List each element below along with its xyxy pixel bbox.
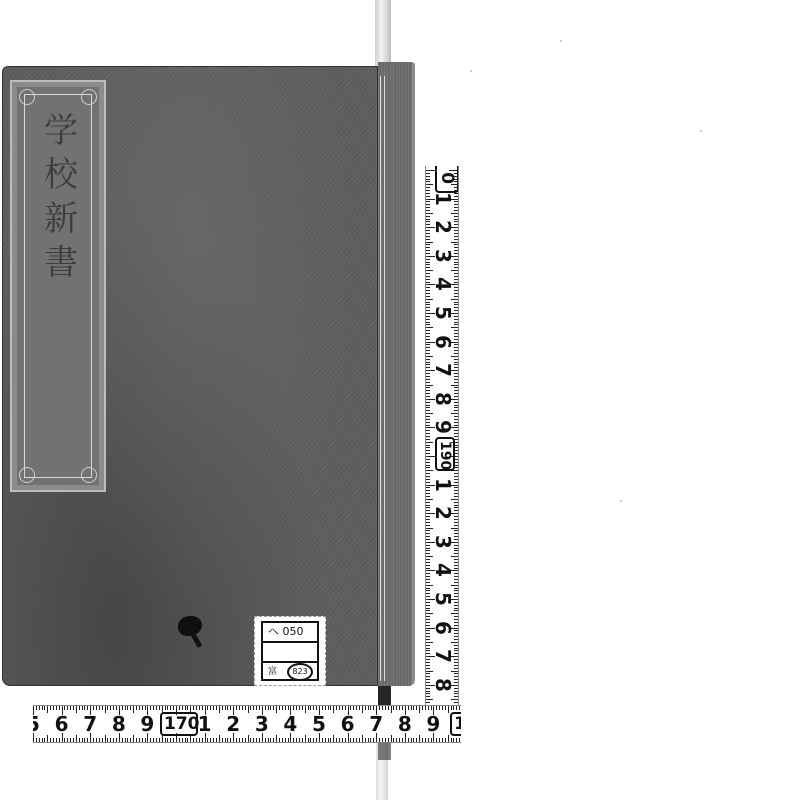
scale-number: 5 (307, 712, 331, 736)
scale-tick (222, 738, 223, 742)
scale-number: 7 (78, 712, 102, 736)
scale-tick (442, 706, 443, 710)
scale-tick (79, 706, 80, 710)
scale-tick (426, 273, 430, 274)
scale-tick (426, 347, 430, 348)
scale-tick (426, 376, 430, 377)
scale-tick (442, 738, 443, 742)
scale-tick (113, 706, 114, 710)
scale-tick (426, 662, 430, 663)
binding-rod-top (375, 0, 391, 70)
scale-tick (426, 193, 430, 194)
scale-tick (359, 738, 360, 742)
scale-tick (426, 699, 433, 700)
scale-tick (145, 706, 146, 710)
scale-tick (345, 706, 346, 710)
scale-tick (308, 738, 309, 742)
scale-tick (454, 353, 458, 354)
scale-tick (279, 738, 280, 742)
scale-tick (56, 738, 57, 742)
scale-tick (416, 738, 417, 742)
scale-tick (454, 639, 458, 640)
scale-tick (426, 187, 430, 188)
library-call-number-label: ヘ 050 富 823 (254, 616, 326, 686)
scale-tick (259, 738, 260, 742)
scale-tick (170, 738, 171, 742)
scale-tick (445, 738, 446, 742)
scale-tick (426, 299, 433, 300)
scale-tick (426, 304, 430, 305)
scale-tick (39, 706, 40, 710)
scale-tick (426, 568, 430, 569)
scale-tick (230, 706, 231, 710)
scale-tick (451, 356, 458, 357)
scale-tick (426, 676, 430, 677)
scale-tick (230, 738, 231, 742)
call-number: ヘ 050 (263, 623, 317, 643)
scale-tick (136, 706, 137, 710)
scale-tick (451, 699, 458, 700)
scale-tick (426, 585, 433, 586)
scale-tick (426, 433, 430, 434)
scale-number: 4 (278, 712, 302, 736)
scale-tick (448, 706, 449, 713)
scale-tick (451, 385, 458, 386)
scale-tick (426, 407, 430, 408)
scale-tick (426, 327, 433, 328)
scale-tick (70, 706, 71, 710)
book-title: 学校新書 (12, 112, 104, 470)
scale-tick (350, 706, 351, 710)
scale-tick (426, 416, 430, 417)
scale-tick (426, 648, 430, 649)
scale-tick (365, 738, 366, 742)
scale-tick (42, 706, 43, 710)
scale-tick (305, 706, 306, 713)
scale-tick (436, 738, 437, 742)
scale-tick (454, 582, 458, 583)
scale-tick (426, 247, 430, 248)
scale-tick (426, 382, 430, 383)
scale-tick (426, 625, 430, 626)
scale-tick (84, 706, 85, 710)
scale-tick (248, 735, 249, 742)
scale-tick (185, 738, 186, 742)
scale-tick (426, 562, 430, 563)
scale-tick (379, 738, 380, 742)
scale-tick (342, 738, 343, 742)
scale-tick (426, 425, 430, 426)
scale-tick (133, 735, 134, 742)
scale-tick (426, 364, 430, 365)
stitch-binding-line (380, 76, 385, 681)
scale-tick (426, 439, 430, 440)
scale-number: 6 (431, 617, 455, 639)
scale-tick (426, 230, 430, 231)
scale-tick (268, 706, 269, 710)
scale-tick (153, 706, 154, 710)
scale-tick (187, 738, 188, 742)
scale-tick (156, 738, 157, 742)
scale-tick (426, 579, 430, 580)
scale-tick (370, 706, 371, 710)
scale-tick (127, 738, 128, 742)
scale-tick (454, 382, 458, 383)
scale-tick (448, 735, 449, 742)
scale-tick (426, 693, 430, 694)
scale-tick (293, 706, 294, 710)
scale-tick (250, 738, 251, 742)
scale-tick (76, 706, 77, 713)
scale-tick (426, 410, 430, 411)
scale-tick (426, 316, 430, 317)
scale-tick (426, 430, 430, 431)
scale-tick (426, 322, 430, 323)
seal-prefix: 富 (268, 663, 277, 681)
scale-tick (339, 706, 340, 710)
scale-tick (451, 270, 458, 271)
scale-tick (426, 545, 430, 546)
scale-tick (426, 582, 430, 583)
scale-tick (76, 735, 77, 742)
scale-tick (370, 738, 371, 742)
scale-tick (150, 738, 151, 742)
scale-number: 3 (431, 245, 455, 267)
scale-tick (279, 706, 280, 710)
scale-tick (426, 691, 430, 692)
scale-tick (426, 173, 430, 174)
scale-tick (299, 706, 300, 710)
scale-number: 6 (336, 712, 360, 736)
scale-tick (402, 706, 403, 710)
scale-tick (196, 706, 197, 710)
scale-tick (356, 706, 357, 710)
scale-tick (426, 279, 430, 280)
scale-tick (44, 738, 45, 742)
scale-tick (416, 706, 417, 710)
scale-tick (330, 706, 331, 710)
scale-tick (426, 387, 430, 388)
scale-tick (426, 470, 433, 471)
scale-tick (426, 333, 430, 334)
scale-tick (64, 738, 65, 742)
scale-tick (133, 706, 134, 713)
scale-tick (167, 738, 168, 742)
scale-tick (50, 706, 51, 710)
scale-tick (426, 356, 433, 357)
scale-tick (122, 706, 123, 710)
scale-tick (39, 738, 40, 742)
scale-tick (426, 402, 430, 403)
scale-tick (385, 738, 386, 742)
scale-tick (302, 706, 303, 710)
scale-tick (328, 706, 329, 710)
scale-number: 2 (431, 216, 455, 238)
scale-tick (122, 738, 123, 742)
scale-tick (426, 556, 433, 557)
scale-tick (426, 505, 430, 506)
scale-tick (426, 550, 430, 551)
scale-number: 8 (107, 712, 131, 736)
scale-tick (413, 706, 414, 710)
scale-tick (190, 735, 191, 742)
scale-tick (242, 738, 243, 742)
scale-tick (268, 738, 269, 742)
scale-tick (333, 735, 334, 742)
scale-tick (142, 738, 143, 742)
scale-tick (439, 706, 440, 710)
scale-tick (87, 738, 88, 742)
scale-tick (199, 706, 200, 710)
scale-number: 5 (33, 712, 45, 736)
scale-tick (426, 324, 430, 325)
scale-tick (426, 385, 433, 386)
scale-tick (426, 702, 430, 703)
scale-tick (426, 250, 430, 251)
scale-tick (350, 738, 351, 742)
scale-tick (325, 738, 326, 742)
scale-tick (170, 706, 171, 710)
scale-tick (179, 706, 180, 710)
scale-tick (273, 706, 274, 710)
scale-tick (216, 706, 217, 710)
scale-tick (419, 706, 420, 713)
scale-tick (426, 353, 430, 354)
scale-tick (413, 738, 414, 742)
scale-tick (426, 419, 430, 420)
scale-tick (426, 462, 430, 463)
scale-tick (345, 738, 346, 742)
scale-tick (426, 196, 430, 197)
scale-tick (454, 553, 458, 554)
scale-tick (313, 738, 314, 742)
scale-tick (426, 373, 430, 374)
scale-tick (426, 602, 430, 603)
scale-tick (426, 233, 430, 234)
scale-tick (270, 738, 271, 742)
scale-tick (451, 738, 452, 742)
scale-tick (426, 339, 430, 340)
scale-tick (451, 299, 458, 300)
scale-number: 1 (431, 474, 455, 496)
scale-tick (379, 706, 380, 710)
scale-tick (426, 576, 430, 577)
scale-tick (426, 590, 430, 591)
scale-number: 7 (431, 359, 455, 381)
scale-tick (426, 688, 430, 689)
scale-tick (222, 706, 223, 710)
scale-tick (459, 738, 460, 742)
scale-tick (173, 706, 174, 710)
scale-tick (431, 706, 432, 710)
scale-tick (426, 242, 433, 243)
scale-tick (365, 706, 366, 710)
scale-number: 8 (431, 388, 455, 410)
scale-tick (426, 442, 433, 443)
scale-tick (82, 738, 83, 742)
scale-tick (213, 706, 214, 710)
scan-dust (560, 40, 562, 42)
scale-tick (456, 706, 457, 710)
scale-tick (87, 706, 88, 710)
scale-tick (336, 738, 337, 742)
scale-tick (173, 738, 174, 742)
scale-tick (145, 738, 146, 742)
scale-tick (142, 706, 143, 710)
scale-tick (426, 456, 435, 457)
scale-tick (426, 490, 430, 491)
scale-tick (426, 393, 430, 394)
scale-tick (426, 270, 433, 271)
scale-tick (454, 610, 458, 611)
scale-tick (125, 706, 126, 710)
scale-tick (426, 473, 430, 474)
scale-tick (322, 706, 323, 710)
scale-tick (426, 593, 430, 594)
scale-tick (282, 706, 283, 710)
scale-tick (288, 738, 289, 742)
scale-tick (428, 738, 429, 742)
scale-tick (193, 738, 194, 742)
scale-tick (426, 476, 430, 477)
scale-number: 6 (50, 712, 74, 736)
scale-tick (426, 176, 430, 177)
scale-tick (210, 706, 211, 710)
scan-dust (620, 500, 622, 502)
scale-tick (256, 706, 257, 710)
scale-tick (373, 706, 374, 710)
scale-tick (273, 738, 274, 742)
scale-tick (47, 735, 48, 742)
scale-tick (96, 738, 97, 742)
scale-tick (426, 679, 430, 680)
scale-tick (426, 671, 433, 672)
scale-number: 6 (431, 331, 455, 353)
scale-tick (426, 496, 430, 497)
scale-tick (454, 525, 458, 526)
scale-tick (426, 450, 430, 451)
scale-tick (454, 496, 458, 497)
scale-tick (353, 706, 354, 710)
scale-tick (426, 636, 430, 637)
scale-tick (325, 706, 326, 710)
scale-tick (139, 738, 140, 742)
scale-tick (213, 738, 214, 742)
scale-tick (426, 519, 430, 520)
scale-tick (426, 499, 433, 500)
scale-tick (239, 738, 240, 742)
scale-tick (182, 706, 183, 710)
scale-tick (445, 706, 446, 710)
scale-tick (219, 735, 220, 742)
scale-tick (426, 362, 430, 363)
scale-tick (426, 262, 430, 263)
scale-number: 9 (135, 712, 159, 736)
scale-tick (439, 738, 440, 742)
scale-tick (388, 738, 389, 742)
scale-tick (426, 336, 430, 337)
scale-tick (426, 516, 430, 517)
scale-tick (422, 738, 423, 742)
scale-tick (426, 330, 430, 331)
scale-tick (310, 738, 311, 742)
scale-number: 2 (431, 502, 455, 524)
scale-tick (265, 706, 266, 710)
scale-tick (426, 533, 430, 534)
scale-tick (310, 706, 311, 710)
scale-number: 4 (431, 559, 455, 581)
scale-tick (426, 596, 430, 597)
scale-tick (179, 738, 180, 742)
scale-tick (426, 390, 430, 391)
vertical-measuring-scale: 012345678919012345678 (425, 166, 459, 706)
scale-tick (356, 738, 357, 742)
scale-tick (426, 290, 430, 291)
scale-tick (426, 239, 430, 240)
scale-tick (426, 253, 430, 254)
scale-tick (399, 706, 400, 710)
scale-tick (50, 738, 51, 742)
scale-tick (426, 510, 430, 511)
scale-tick (451, 613, 458, 614)
scale-tick (53, 706, 54, 710)
scale-tick (362, 706, 363, 713)
scale-tick (426, 630, 430, 631)
scale-tick (426, 359, 430, 360)
scale-tick (299, 738, 300, 742)
scale-tick (313, 706, 314, 710)
scale-tick (426, 213, 433, 214)
scale-tick (451, 528, 458, 529)
scale-tick (426, 502, 430, 503)
scale-tick (426, 344, 430, 345)
scale-tick (270, 706, 271, 710)
scale-tick (426, 190, 430, 191)
scale-tick (362, 735, 363, 742)
scale-tick (426, 184, 433, 185)
scale-tick (426, 350, 430, 351)
scale-tick (353, 738, 354, 742)
scale-tick (426, 179, 430, 180)
scale-tick (219, 706, 220, 713)
scale-tick (207, 706, 208, 710)
scale-tick (426, 224, 430, 225)
scale-tick (250, 706, 251, 710)
scale-tick (426, 682, 430, 683)
scale-tick (193, 706, 194, 710)
scale-tick (426, 367, 430, 368)
scale-tick (216, 738, 217, 742)
scale-tick (162, 735, 163, 742)
corner-ornament (19, 89, 35, 105)
scale-tick (282, 738, 283, 742)
scale-tick (67, 706, 68, 710)
scale-tick (125, 738, 126, 742)
scale-tick (293, 738, 294, 742)
scale-tick (426, 619, 430, 620)
scale-tick (459, 706, 460, 710)
scale-number: 3 (250, 712, 274, 736)
scale-tick (385, 706, 386, 710)
scale-tick (382, 706, 383, 710)
corner-ornament (81, 89, 97, 105)
scale-tick (426, 696, 430, 697)
scale-tick (196, 738, 197, 742)
scale-tick (454, 696, 458, 697)
scale-tick (411, 706, 412, 710)
scale-tick (426, 310, 430, 311)
scale-tick (44, 706, 45, 710)
